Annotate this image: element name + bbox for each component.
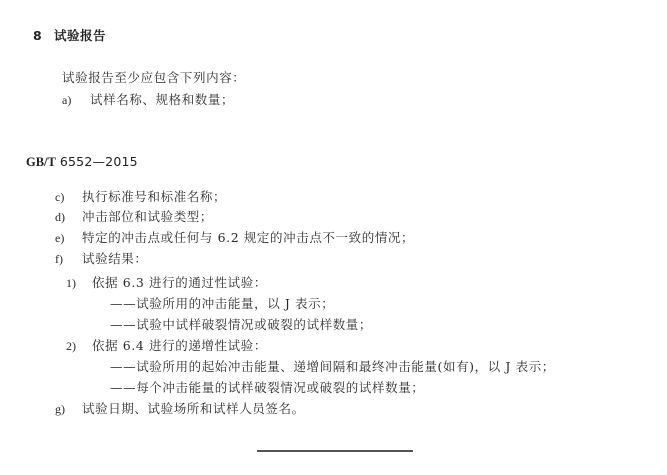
- result-2-dash-2: ——每个冲击能量的试样破裂情况或破裂的试样数量；: [110, 380, 424, 396]
- item-a-text: 试样名称、规格和数量；: [90, 92, 234, 108]
- section-heading: 8试验报告: [33, 28, 106, 44]
- result-1-dash-1: ——试验所用的冲击能量，以 J 表示；: [110, 296, 334, 312]
- item-a-label: a): [62, 92, 71, 108]
- standard-code: GB/T 6552—2015: [26, 154, 138, 170]
- section-title: 试验报告: [54, 28, 106, 43]
- item-d-label: d): [55, 209, 65, 225]
- item-g-text: 试验日期、试验场所和试样人员签名。: [82, 401, 305, 417]
- item-f-text: 试验结果：: [82, 251, 148, 267]
- item-d-text: 冲击部位和试验类型；: [82, 209, 213, 225]
- section-number: 8: [33, 28, 54, 44]
- result-2-label: 2): [66, 338, 76, 354]
- result-1-dash-2: ——试验中试样破裂情况或破裂的试样数量；: [110, 317, 372, 333]
- result-1-label: 1): [66, 275, 76, 291]
- item-e-text: 特定的冲击点或任何与 6.2 规定的冲击点不一致的情况；: [82, 230, 414, 246]
- end-rule-divider: [257, 450, 413, 452]
- watermark: [495, 464, 665, 474]
- standard-code-number: 6552—2015: [60, 154, 138, 169]
- result-2-dash-1: ——试验所用的起始冲击能量、递增间隔和最终冲击能量(如有)，以 J 表示；: [110, 359, 555, 375]
- intro-text: 试验报告至少应包含下列内容：: [62, 70, 245, 86]
- result-2-text: 依据 6.4 进行的递增性试验：: [92, 338, 267, 354]
- standard-code-prefix: GB/T: [26, 155, 56, 169]
- item-c-text: 执行标准号和标准名称；: [82, 189, 226, 205]
- item-c-label: c): [55, 189, 64, 205]
- item-g-label: g): [55, 401, 65, 417]
- result-1-text: 依据 6.3 进行的通过性试验：: [92, 275, 267, 291]
- item-e-label: e): [55, 230, 64, 246]
- item-f-label: f): [55, 251, 63, 267]
